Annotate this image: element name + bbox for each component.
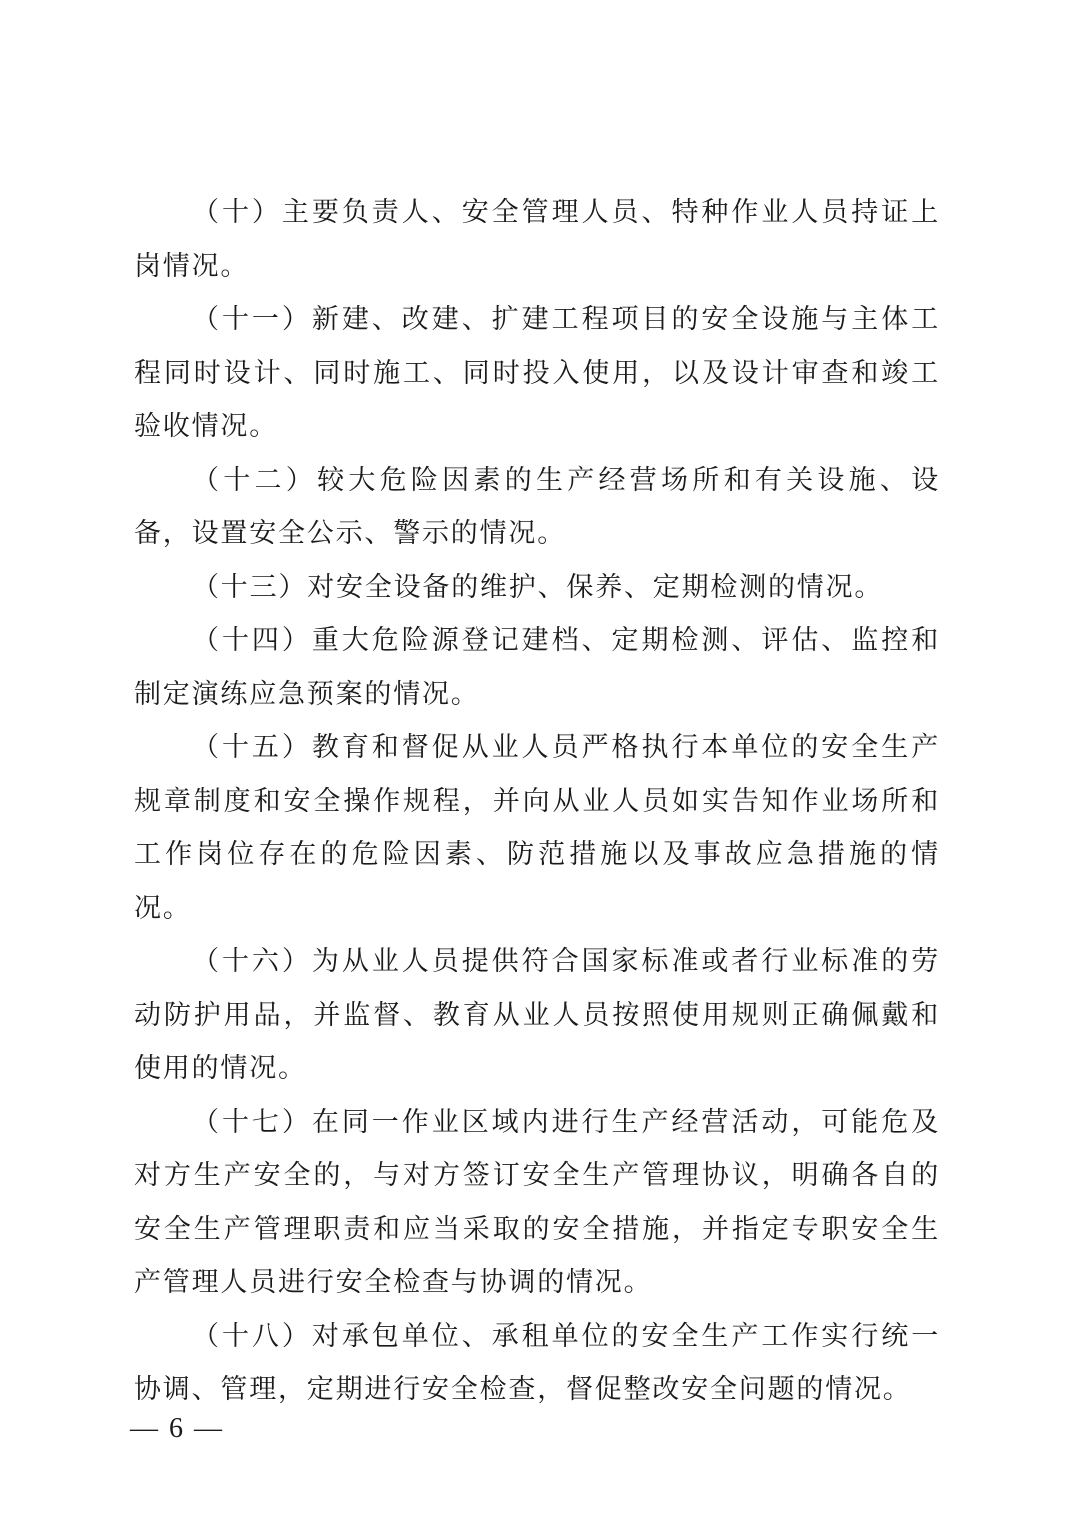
paragraph-item-10: （十）主要负责人、安全管理人员、特种作业人员持证上岗情况。 [134, 186, 940, 293]
paragraph-item-15: （十五）教育和督促从业人员严格执行本单位的安全生产规章制度和安全操作规程，并向从… [134, 721, 940, 935]
paragraph-item-17: （十七）在同一作业区域内进行生产经营活动，可能危及对方生产安全的，与对方签订安全… [134, 1096, 940, 1310]
paragraph-item-12: （十二）较大危险因素的生产经营场所和有关设施、设备，设置安全公示、警示的情况。 [134, 454, 940, 561]
paragraph-item-18: （十八）对承包单位、承租单位的安全生产工作实行统一协调、管理，定期进行安全检查，… [134, 1310, 940, 1417]
paragraph-item-13: （十三）对安全设备的维护、保养、定期检测的情况。 [134, 561, 940, 615]
page-number: — 6 — [130, 1413, 224, 1445]
document-body: （十）主要负责人、安全管理人员、特种作业人员持证上岗情况。 （十一）新建、改建、… [134, 186, 940, 1417]
paragraph-item-14: （十四）重大危险源登记建档、定期检测、评估、监控和制定演练应急预案的情况。 [134, 614, 940, 721]
paragraph-item-11: （十一）新建、改建、扩建工程项目的安全设施与主体工程同时设计、同时施工、同时投入… [134, 293, 940, 454]
paragraph-item-16: （十六）为从业人员提供符合国家标准或者行业标准的劳动防护用品，并监督、教育从业人… [134, 935, 940, 1096]
